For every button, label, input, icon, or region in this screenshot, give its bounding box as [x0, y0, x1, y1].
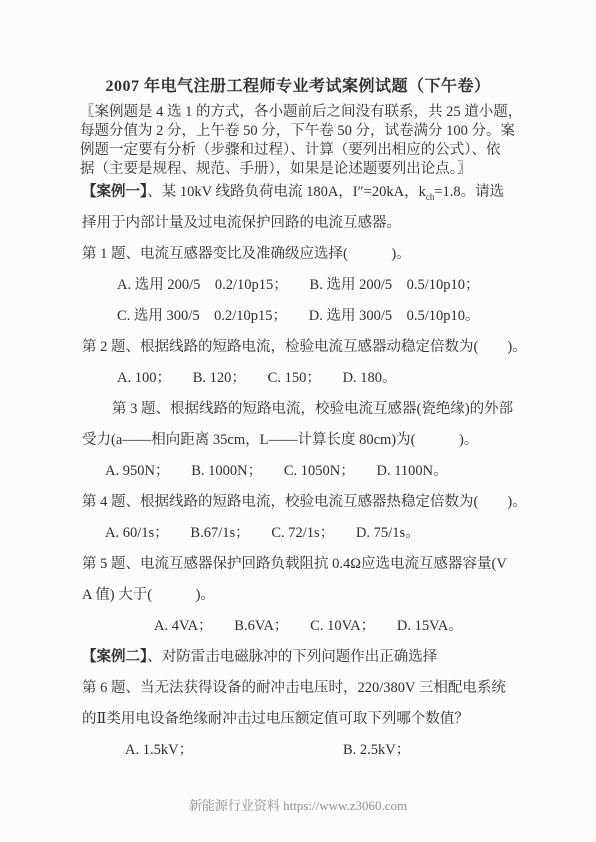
exam-body: 【案例一】、某 10kV 线路负荷电流 180A，I″=20kA，kch=1.8… — [82, 177, 552, 766]
case2-label: 【案例二】 — [82, 649, 147, 665]
exam-paper-page: 2007 年电气注册工程师专业考试案例试题（下午卷） 〖案例题是 4 选 1 的… — [0, 0, 596, 842]
case2-text: 、对防雷击电磁脉冲的下列问题作出正确选择 — [147, 649, 437, 665]
question-3-options: A. 950N； B. 1000N； C. 1050N； D. 1100N。 — [82, 456, 552, 487]
case2-heading: 【案例二】、对防雷击电磁脉冲的下列问题作出正确选择 — [82, 642, 552, 673]
question-2-stem: 第 2 题、根据线路的短路电流，检验电流互感器动稳定倍数为( )。 — [82, 332, 552, 363]
question-4-options: A. 60/1s； B.67/1s； C. 72/1s； D. 75/1s。 — [82, 518, 552, 549]
exam-title: 2007 年电气注册工程师专业考试案例试题（下午卷） — [0, 76, 596, 98]
question-6-option-a: A. 1.5kV； — [125, 735, 343, 766]
question-6-option-b: B. 2.5kV； — [343, 742, 410, 758]
instructions-line-3: 例题一定要有分析（步骤和过程）、计算（要列出相应的公式）、依 — [80, 141, 540, 160]
question-1-stem: 第 1 题、电流互感器变比及准确级应选择( )。 — [82, 239, 552, 270]
question-6-stem-line2: 的Ⅱ类用电设备绝缘耐冲击过电压额定值可取下列哪个数值？ — [82, 704, 552, 735]
question-3-stem-line2: 受力(a——相向距离 35cm，L——计算长度 80cm)为( )。 — [82, 425, 552, 456]
question-1-options-ab: A. 选用 200/5 0.2/10p15； B. 选用 200/5 0.5/1… — [82, 270, 552, 301]
case1-text-b: =1.8。请选 — [434, 184, 504, 200]
question-4-stem: 第 4 题、根据线路的短路电流，校验电流互感器热稳定倍数为( )。 — [82, 487, 552, 518]
question-5-stem-line2: A 值) 大于( )。 — [82, 580, 552, 611]
case1-label: 【案例一】 — [82, 184, 147, 200]
question-6-stem-line1: 第 6 题、当无法获得设备的耐冲击电压时，220/380V 三相配电系统 — [82, 673, 552, 704]
case1-heading-line2: 择用于内部计量及过电流保护回路的电流互感器。 — [82, 208, 552, 239]
question-2-options: A. 100； B. 120； C. 150； D. 180。 — [82, 363, 552, 394]
exam-instructions: 〖案例题是 4 选 1 的方式，各小题前后之间没有联系，共 25 道小题， 每题… — [80, 103, 540, 179]
question-5-stem-line1: 第 5 题、电流互感器保护回路负载阻抗 0.4Ω应选电流互感器容量(V — [82, 549, 552, 580]
case1-heading-line1: 【案例一】、某 10kV 线路负荷电流 180A，I″=20kA，kch=1.8… — [82, 177, 552, 208]
instructions-line-2: 每题分值为 2 分，上午卷 50 分，下午卷 50 分，试卷满分 100 分。案 — [80, 122, 540, 141]
question-1-options-cd: C. 选用 300/5 0.2/10p15； D. 选用 300/5 0.5/1… — [82, 301, 552, 332]
question-6-options: A. 1.5kV；B. 2.5kV； — [82, 735, 552, 766]
case1-text-a: 、某 10kV 线路负荷电流 180A，I″=20kA，k — [147, 184, 426, 200]
question-3-stem-line1: 第 3 题、根据线路的短路电流，校验电流互感器(瓷绝缘)的外部 — [82, 394, 552, 425]
instructions-line-1: 〖案例题是 4 选 1 的方式，各小题前后之间没有联系，共 25 道小题， — [80, 103, 540, 122]
footer-watermark: 新能源行业资料 https://www.z3060.com — [0, 797, 596, 814]
question-5-options: A. 4VA； B.6VA； C. 10VA； D. 15VA。 — [82, 611, 552, 642]
